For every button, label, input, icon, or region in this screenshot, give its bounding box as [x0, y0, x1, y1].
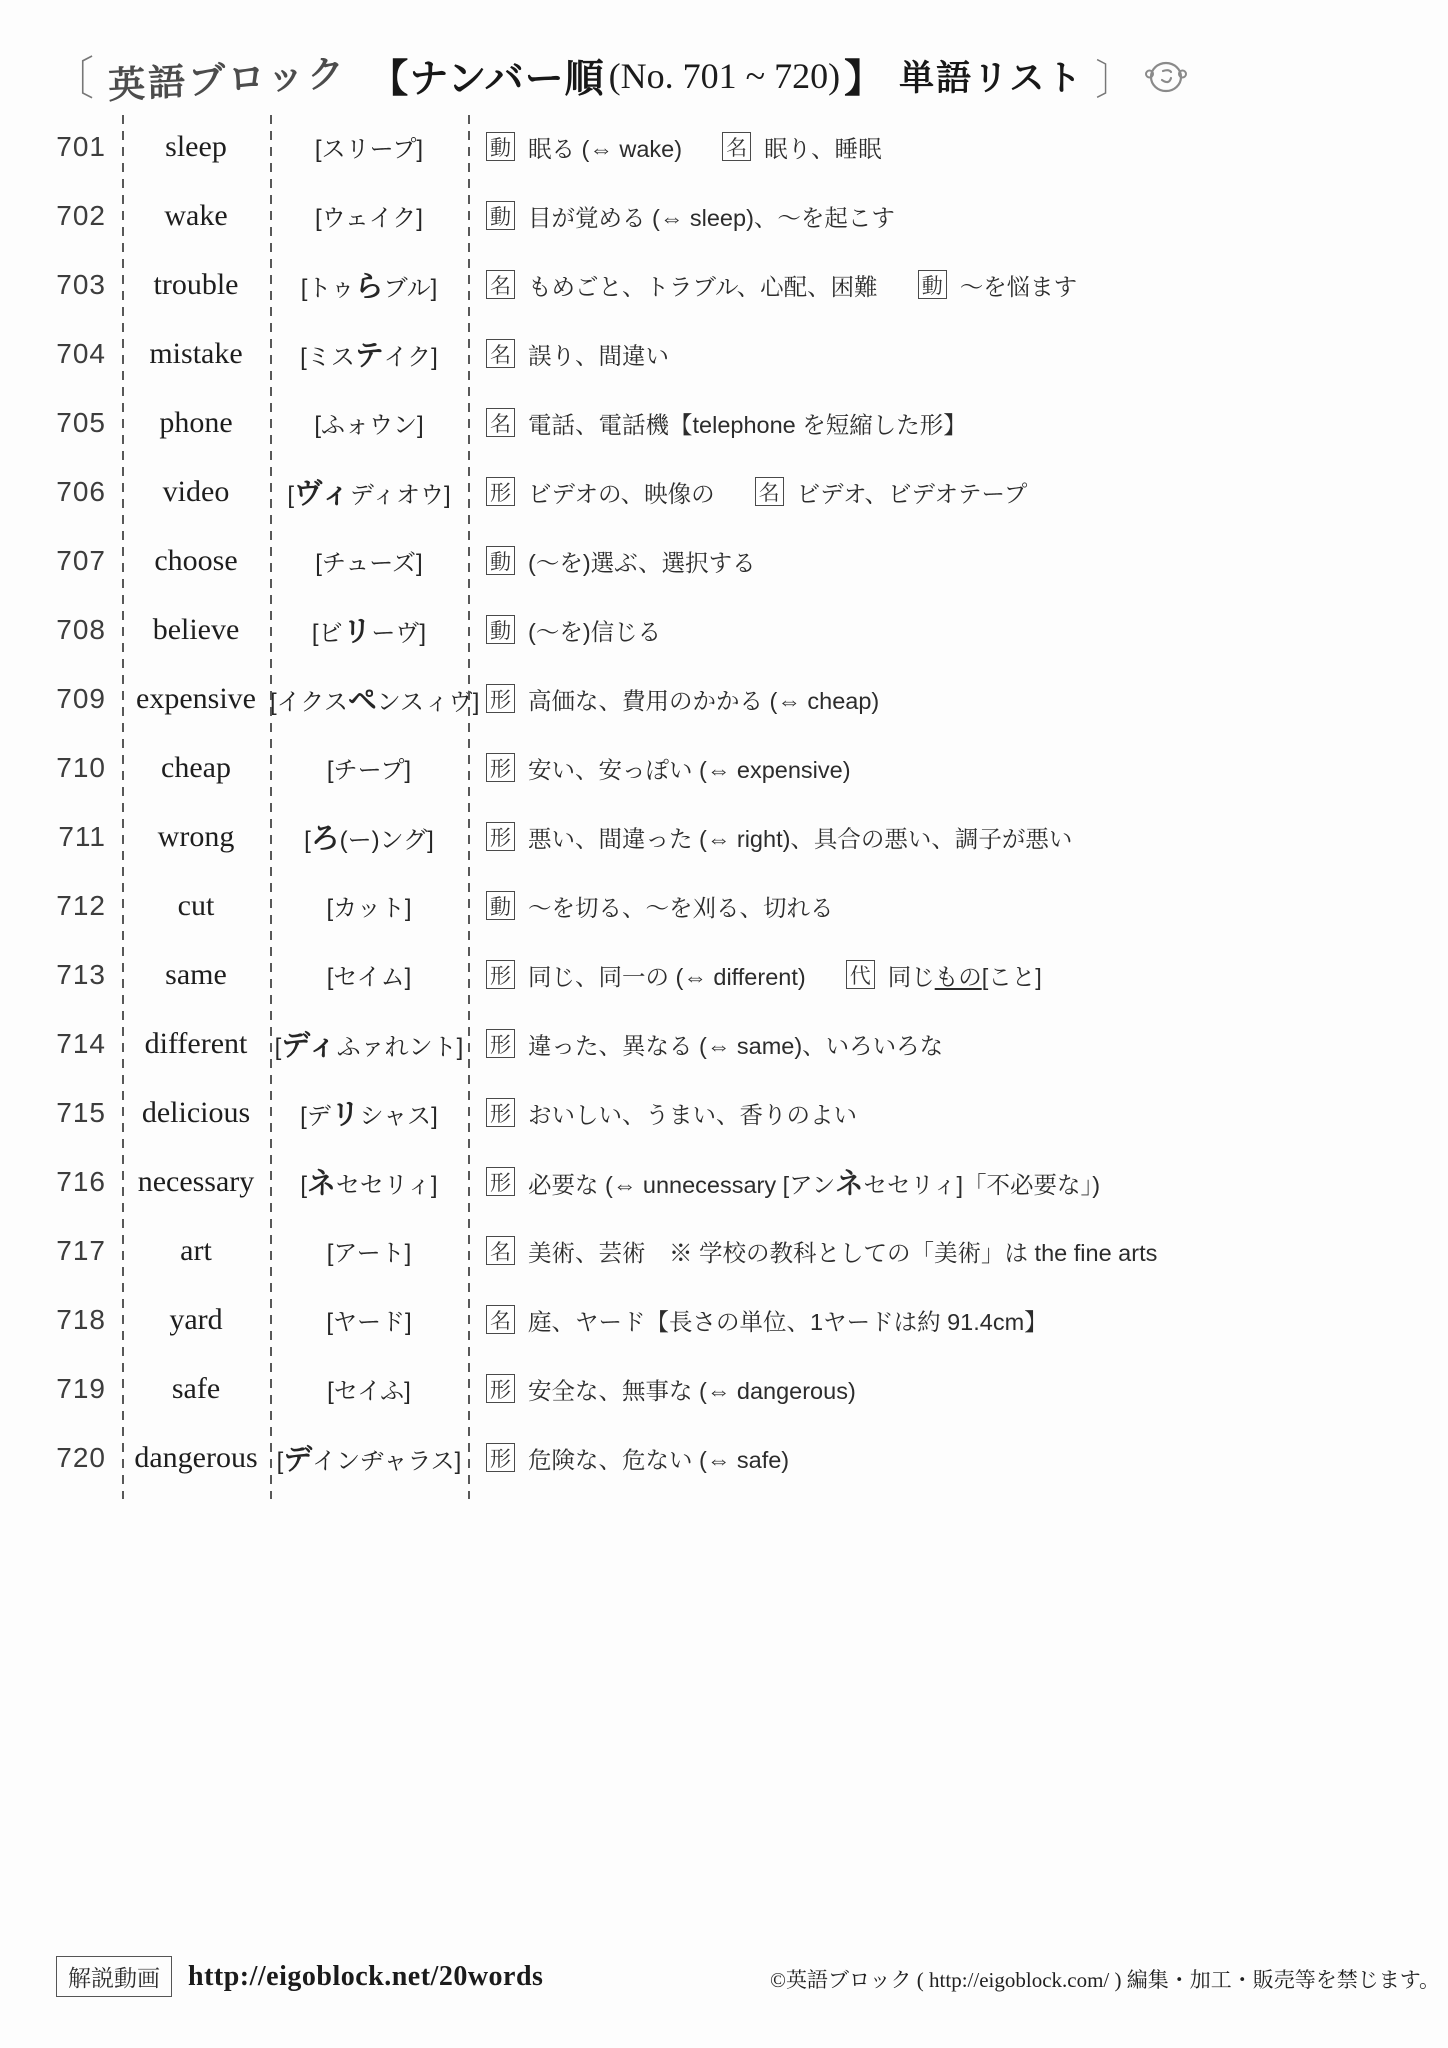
- pronunciation: [セイふ]: [270, 1371, 468, 1406]
- part-of-speech-badge: 形: [486, 684, 515, 713]
- meanings: 名電話、電話機【telephone を短縮した形】: [468, 406, 1448, 440]
- english-word: delicious: [122, 1096, 270, 1130]
- definition-text: 危険な、危ない (⇔ safe): [528, 1441, 789, 1475]
- part-of-speech-badge: 形: [486, 822, 515, 851]
- definition-text: 眠り、睡眠: [764, 130, 882, 164]
- meanings: 形同じ、同一の (⇔ different)代同じもの[こと]: [468, 958, 1448, 992]
- definition: 動〜を切る、〜を刈る、切れる: [486, 889, 834, 923]
- definition: 名もめごと、トラブル、心配、困難: [486, 268, 878, 302]
- definition: 形違った、異なる (⇔ same)、いろいろな: [486, 1027, 943, 1061]
- word-list-label: 単語リスト: [899, 51, 1083, 101]
- meanings: 動(〜を)信じる: [468, 613, 1448, 647]
- word-table: 701sleep[スリープ]動眠る (⇔ wake)名眠り、睡眠702wake[…: [0, 112, 1448, 1492]
- pronunciation: [ミステイク]: [270, 333, 468, 374]
- row-number: 714: [0, 1028, 122, 1060]
- table-row: 707choose[チューズ]動(〜を)選ぶ、選択する: [0, 526, 1448, 595]
- definition: 形必要な (⇔ unnecessary [アンネセセリィ]「不必要な」): [486, 1162, 1100, 1202]
- definition: 名眠り、睡眠: [722, 130, 882, 164]
- meanings: 形安い、安っぽい (⇔ expensive): [468, 751, 1448, 785]
- part-of-speech-badge: 名: [486, 270, 515, 299]
- word-table-rows: 701sleep[スリープ]動眠る (⇔ wake)名眠り、睡眠702wake[…: [0, 112, 1448, 1492]
- row-number: 702: [0, 200, 122, 232]
- definition-text: 必要な (⇔ unnecessary [アンネセセリィ]「不必要な」): [528, 1162, 1100, 1202]
- english-word: wake: [122, 199, 270, 233]
- meanings: 形危険な、危ない (⇔ safe): [468, 1441, 1448, 1475]
- english-word: believe: [122, 613, 270, 647]
- definition: 名電話、電話機【telephone を短縮した形】: [486, 406, 967, 440]
- doodle-face-icon: [1143, 56, 1189, 101]
- meanings: 形おいしい、うまい、香りのよい: [468, 1096, 1448, 1130]
- row-number: 701: [0, 131, 122, 163]
- row-number: 719: [0, 1373, 122, 1405]
- meanings: 動(〜を)選ぶ、選択する: [468, 544, 1448, 578]
- meanings: 動〜を切る、〜を刈る、切れる: [468, 889, 1448, 923]
- meanings: 名庭、ヤード【長さの単位、1ヤードは約 91.4cm】: [468, 1303, 1448, 1337]
- definition: 動眠る (⇔ wake): [486, 130, 682, 164]
- definition-text: 安い、安っぽい (⇔ expensive): [528, 751, 851, 785]
- definition-text: おいしい、うまい、香りのよい: [528, 1096, 857, 1130]
- column-divider: [122, 115, 124, 1499]
- definition: 形安い、安っぽい (⇔ expensive): [486, 751, 851, 785]
- part-of-speech-badge: 名: [486, 1236, 515, 1265]
- page-title: 【ナンバー順: [369, 48, 604, 104]
- part-of-speech-badge: 動: [486, 546, 515, 575]
- definition-text: 庭、ヤード【長さの単位、1ヤードは約 91.4cm】: [528, 1303, 1048, 1337]
- english-word: cheap: [122, 751, 270, 785]
- row-number: 711: [0, 821, 122, 853]
- english-word: safe: [122, 1372, 270, 1406]
- row-number: 708: [0, 614, 122, 646]
- english-word: cut: [122, 889, 270, 923]
- pronunciation: [デリシャス]: [270, 1092, 468, 1133]
- meanings: 動目が覚める (⇔ sleep)、〜を起こす: [468, 199, 1448, 233]
- definition: 形悪い、間違った (⇔ right)、具合の悪い、調子が悪い: [486, 820, 1072, 854]
- definition: 名ビデオ、ビデオテープ: [755, 475, 1028, 509]
- definition-text: 同じもの[こと]: [888, 958, 1042, 992]
- scanned-vocabulary-sheet: 〔 英語ブロック 【ナンバー順 (No. 701 ~ 720) 】 単語リスト …: [0, 0, 1448, 2048]
- row-number: 715: [0, 1097, 122, 1129]
- table-row: 715delicious[デリシャス]形おいしい、うまい、香りのよい: [0, 1078, 1448, 1147]
- pronunciation: [セイム]: [270, 957, 468, 992]
- part-of-speech-badge: 名: [486, 339, 515, 368]
- copyright-notice: ©英語ブロック ( http://eigoblock.com/ ) 編集・加工・…: [770, 1964, 1440, 1994]
- row-number: 718: [0, 1304, 122, 1336]
- pronunciation: [ウェイク]: [270, 198, 468, 233]
- definition-text: 〜を切る、〜を刈る、切れる: [528, 889, 834, 923]
- pronunciation: [チューズ]: [270, 543, 468, 578]
- footer-video-link: 解説動画 http://eigoblock.net/20words: [56, 1956, 543, 1997]
- table-row: 716necessary[ネセセリィ]形必要な (⇔ unnecessary […: [0, 1147, 1448, 1216]
- table-row: 712cut[カット]動〜を切る、〜を刈る、切れる: [0, 871, 1448, 940]
- eigoblock-logo: 英語ブロック: [108, 43, 348, 110]
- table-row: 703trouble[トゥらブル]名もめごと、トラブル、心配、困難動〜を悩ます: [0, 250, 1448, 319]
- part-of-speech-badge: 形: [486, 1167, 515, 1196]
- table-row: 702wake[ウェイク]動目が覚める (⇔ sleep)、〜を起こす: [0, 181, 1448, 250]
- part-of-speech-badge: 形: [486, 1098, 515, 1127]
- definition: 名誤り、間違い: [486, 337, 669, 371]
- row-number: 705: [0, 407, 122, 439]
- english-word: video: [122, 475, 270, 509]
- definition-text: (〜を)信じる: [528, 613, 661, 647]
- title-close-bracket: 】: [844, 48, 883, 104]
- part-of-speech-badge: 動: [486, 132, 515, 161]
- table-row: 708believe[ビリーヴ]動(〜を)信じる: [0, 595, 1448, 664]
- part-of-speech-badge: 形: [486, 1443, 515, 1472]
- meanings: 形必要な (⇔ unnecessary [アンネセセリィ]「不必要な」): [468, 1162, 1448, 1202]
- table-row: 720dangerous[デインヂャラス]形危険な、危ない (⇔ safe): [0, 1423, 1448, 1492]
- video-label-box: 解説動画: [56, 1956, 172, 1997]
- english-word: yard: [122, 1303, 270, 1337]
- pronunciation: [ネセセリィ]: [270, 1161, 468, 1202]
- definition-text: 電話、電話機【telephone を短縮した形】: [528, 406, 967, 440]
- pronunciation: [ディふァれント]: [270, 1023, 468, 1064]
- definition: 形同じ、同一の (⇔ different): [486, 958, 806, 992]
- definition-text: 〜を悩ます: [960, 268, 1078, 302]
- definition: 動目が覚める (⇔ sleep)、〜を起こす: [486, 199, 895, 233]
- pronunciation: [チープ]: [270, 750, 468, 785]
- row-number: 706: [0, 476, 122, 508]
- part-of-speech-badge: 代: [846, 960, 875, 989]
- definition-text: 悪い、間違った (⇔ right)、具合の悪い、調子が悪い: [528, 820, 1072, 854]
- definition: 名庭、ヤード【長さの単位、1ヤードは約 91.4cm】: [486, 1303, 1048, 1337]
- row-number: 720: [0, 1442, 122, 1474]
- row-number: 713: [0, 959, 122, 991]
- pronunciation: [トゥらブル]: [270, 264, 468, 305]
- meanings: 名美術、芸術 ※ 学校の教科としての「美術」は the fine arts: [468, 1234, 1448, 1268]
- table-row: 705phone[ふォウン]名電話、電話機【telephone を短縮した形】: [0, 388, 1448, 457]
- table-row: 714different[ディふァれント]形違った、異なる (⇔ same)、い…: [0, 1009, 1448, 1078]
- definition-text: 眠る (⇔ wake): [528, 130, 682, 164]
- pronunciation: [ヴィディオウ]: [270, 471, 468, 512]
- part-of-speech-badge: 形: [486, 477, 515, 506]
- table-row: 713same[セイム]形同じ、同一の (⇔ different)代同じもの[こ…: [0, 940, 1448, 1009]
- part-of-speech-badge: 名: [722, 132, 751, 161]
- definition-text: 美術、芸術 ※ 学校の教科としての「美術」は the fine arts: [528, 1234, 1157, 1268]
- part-of-speech-badge: 動: [486, 201, 515, 230]
- pronunciation: [ヤード]: [270, 1302, 468, 1337]
- part-of-speech-badge: 動: [918, 270, 947, 299]
- table-row: 706video[ヴィディオウ]形ビデオの、映像の名ビデオ、ビデオテープ: [0, 457, 1448, 526]
- pronunciation: [デインヂャラス]: [270, 1437, 468, 1478]
- meanings: 動眠る (⇔ wake)名眠り、睡眠: [468, 130, 1448, 164]
- meanings: 形違った、異なる (⇔ same)、いろいろな: [468, 1027, 1448, 1061]
- english-word: phone: [122, 406, 270, 440]
- row-number: 707: [0, 545, 122, 577]
- pronunciation: [カット]: [270, 888, 468, 923]
- definition: 形安全な、無事な (⇔ dangerous): [486, 1372, 856, 1406]
- definition: 形高価な、費用のかかる (⇔ cheap): [486, 682, 879, 716]
- pronunciation: [ビリーヴ]: [270, 609, 468, 650]
- english-word: mistake: [122, 337, 270, 371]
- row-number: 703: [0, 269, 122, 301]
- part-of-speech-badge: 動: [486, 615, 515, 644]
- english-word: art: [122, 1234, 270, 1268]
- definition-text: ビデオの、映像の: [528, 475, 715, 509]
- part-of-speech-badge: 形: [486, 1374, 515, 1403]
- meanings: 名もめごと、トラブル、心配、困難動〜を悩ます: [468, 268, 1448, 302]
- definition-text: 誤り、間違い: [528, 337, 669, 371]
- header-open-bracket: 〔: [52, 43, 94, 109]
- table-row: 718yard[ヤード]名庭、ヤード【長さの単位、1ヤードは約 91.4cm】: [0, 1285, 1448, 1354]
- english-word: different: [122, 1027, 270, 1061]
- pronunciation: [ふォウン]: [270, 405, 468, 440]
- definition: 動(〜を)選ぶ、選択する: [486, 544, 756, 578]
- column-divider: [468, 115, 470, 1499]
- pronunciation: [イクスペンスィヴ]: [270, 678, 468, 719]
- definition: 名美術、芸術 ※ 学校の教科としての「美術」は the fine arts: [486, 1234, 1157, 1268]
- english-word: trouble: [122, 268, 270, 302]
- row-number: 704: [0, 338, 122, 370]
- table-row: 719safe[セイふ]形安全な、無事な (⇔ dangerous): [0, 1354, 1448, 1423]
- part-of-speech-badge: 名: [755, 477, 784, 506]
- part-of-speech-badge: 形: [486, 1029, 515, 1058]
- meanings: 名誤り、間違い: [468, 337, 1448, 371]
- table-row: 711wrong[ろ(ー)ング]形悪い、間違った (⇔ right)、具合の悪い…: [0, 802, 1448, 871]
- part-of-speech-badge: 名: [486, 408, 515, 437]
- row-number: 712: [0, 890, 122, 922]
- pronunciation: [アート]: [270, 1233, 468, 1268]
- definition: 代同じもの[こと]: [846, 958, 1042, 992]
- meanings: 形高価な、費用のかかる (⇔ cheap): [468, 682, 1448, 716]
- part-of-speech-badge: 名: [486, 1305, 515, 1334]
- definition-text: 高価な、費用のかかる (⇔ cheap): [528, 682, 879, 716]
- definition: 形おいしい、うまい、香りのよい: [486, 1096, 857, 1130]
- english-word: sleep: [122, 130, 270, 164]
- row-number: 717: [0, 1235, 122, 1267]
- definition-text: 違った、異なる (⇔ same)、いろいろな: [528, 1027, 943, 1061]
- part-of-speech-badge: 動: [486, 891, 515, 920]
- table-row: 701sleep[スリープ]動眠る (⇔ wake)名眠り、睡眠: [0, 112, 1448, 181]
- number-range: (No. 701 ~ 720): [609, 55, 840, 97]
- english-word: dangerous: [122, 1441, 270, 1475]
- pronunciation: [スリープ]: [270, 129, 468, 164]
- header-close-bracket: 〕: [1095, 46, 1133, 107]
- meanings: 形悪い、間違った (⇔ right)、具合の悪い、調子が悪い: [468, 820, 1448, 854]
- english-word: wrong: [122, 820, 270, 854]
- definition-text: 同じ、同一の (⇔ different): [528, 958, 806, 992]
- table-row: 710cheap[チープ]形安い、安っぽい (⇔ expensive): [0, 733, 1448, 802]
- english-word: same: [122, 958, 270, 992]
- row-number: 709: [0, 683, 122, 715]
- definition-text: (〜を)選ぶ、選択する: [528, 544, 756, 578]
- meanings: 形安全な、無事な (⇔ dangerous): [468, 1372, 1448, 1406]
- page-header: 〔 英語ブロック 【ナンバー順 (No. 701 ~ 720) 】 単語リスト …: [52, 46, 1189, 106]
- column-divider: [270, 115, 272, 1499]
- definition-text: 目が覚める (⇔ sleep)、〜を起こす: [528, 199, 895, 233]
- pronunciation: [ろ(ー)ング]: [270, 816, 468, 857]
- definition-text: 安全な、無事な (⇔ dangerous): [528, 1372, 856, 1406]
- definition-text: もめごと、トラブル、心配、困難: [528, 268, 878, 302]
- part-of-speech-badge: 形: [486, 960, 515, 989]
- row-number: 716: [0, 1166, 122, 1198]
- english-word: choose: [122, 544, 270, 578]
- definition: 動(〜を)信じる: [486, 613, 661, 647]
- row-number: 710: [0, 752, 122, 784]
- meanings: 形ビデオの、映像の名ビデオ、ビデオテープ: [468, 475, 1448, 509]
- table-row: 704mistake[ミステイク]名誤り、間違い: [0, 319, 1448, 388]
- definition: 形危険な、危ない (⇔ safe): [486, 1441, 789, 1475]
- table-row: 709expensive[イクスペンスィヴ]形高価な、費用のかかる (⇔ che…: [0, 664, 1448, 733]
- part-of-speech-badge: 形: [486, 753, 515, 782]
- english-word: expensive: [122, 682, 270, 716]
- definition-text: ビデオ、ビデオテープ: [797, 475, 1028, 509]
- video-url: http://eigoblock.net/20words: [188, 1961, 543, 1993]
- definition: 形ビデオの、映像の: [486, 475, 715, 509]
- table-row: 717art[アート]名美術、芸術 ※ 学校の教科としての「美術」は the f…: [0, 1216, 1448, 1285]
- english-word: necessary: [122, 1165, 270, 1199]
- definition: 動〜を悩ます: [918, 268, 1078, 302]
